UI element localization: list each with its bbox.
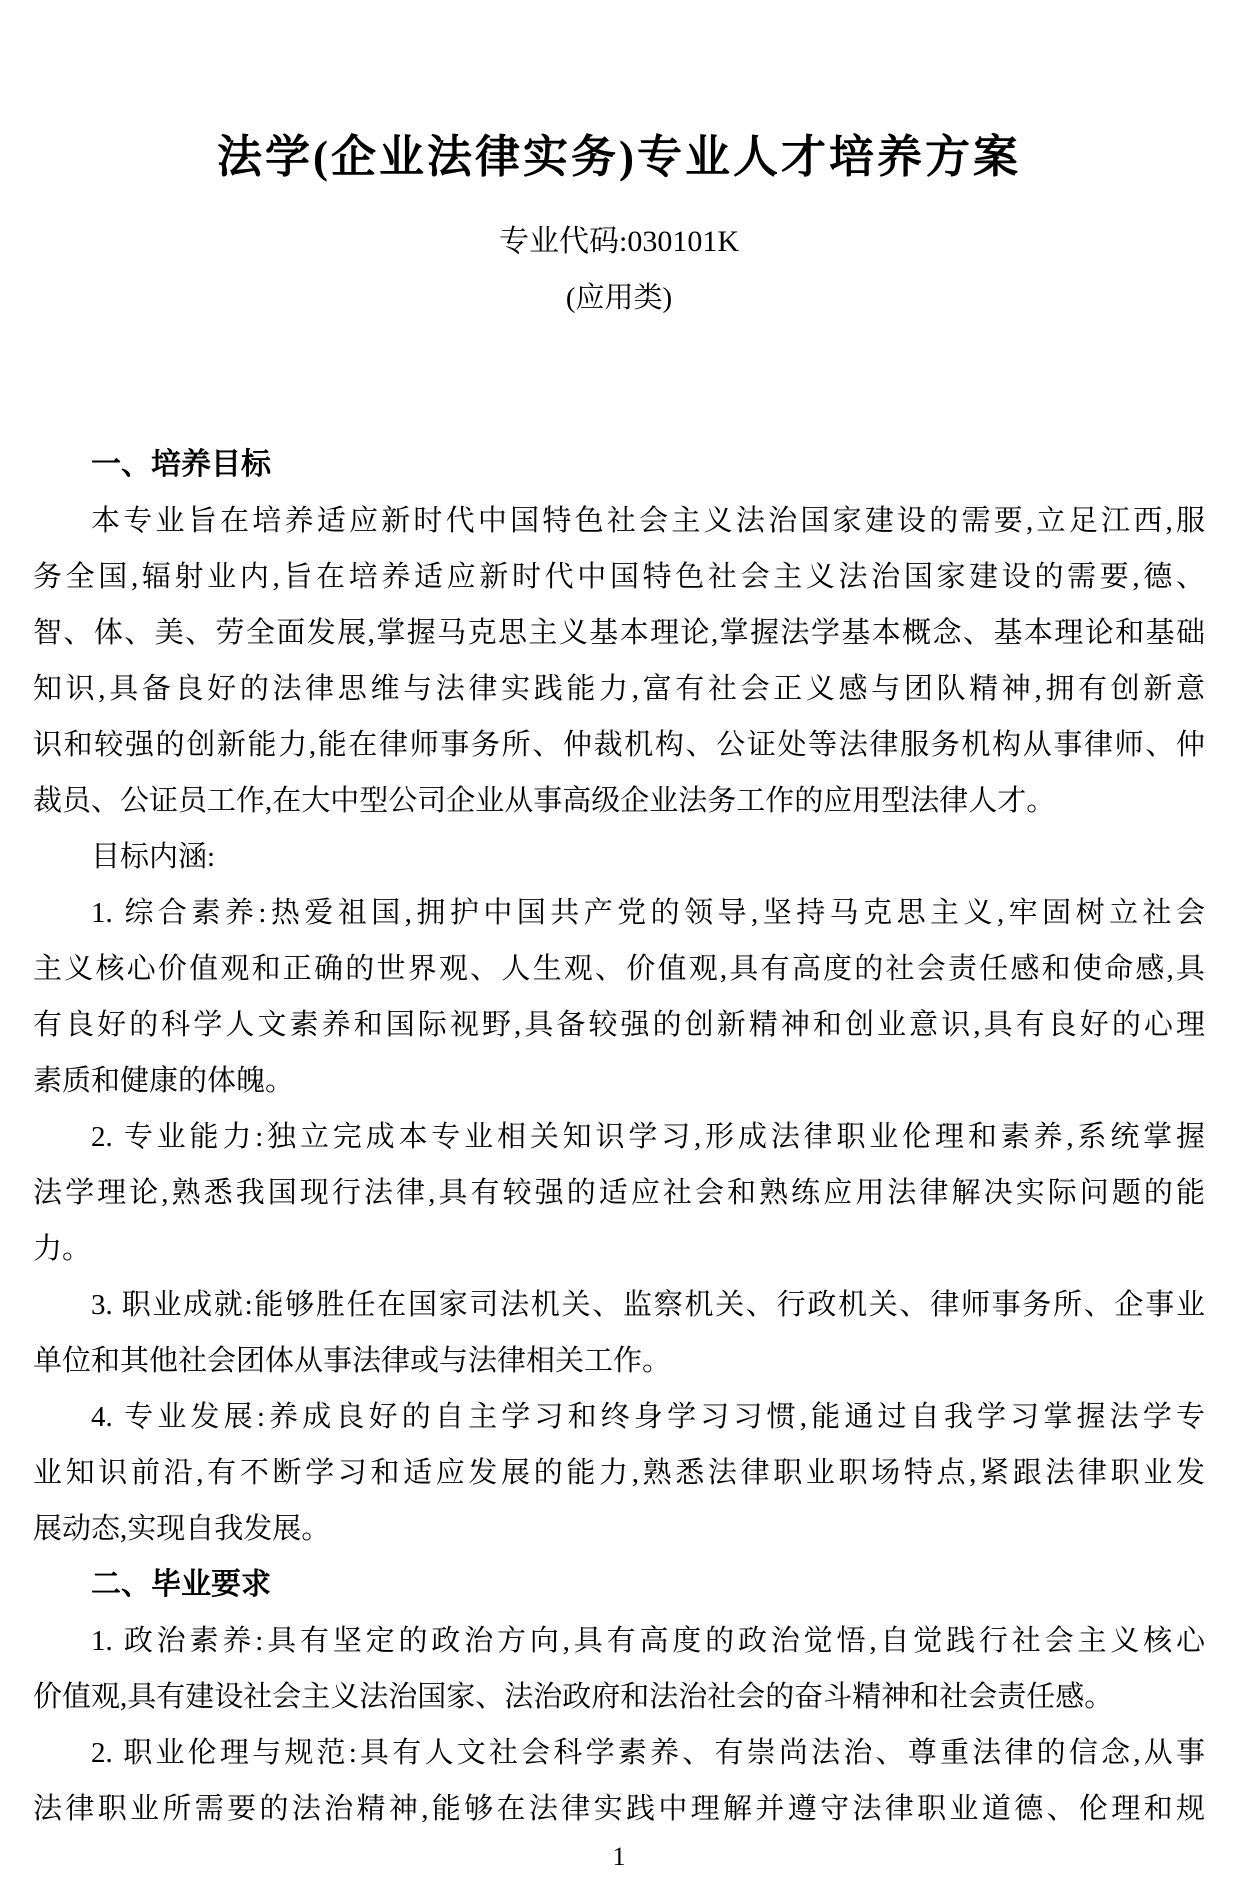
page-number: 1	[33, 1837, 1205, 1877]
paragraph-line: 3. 职业成就:能够胜任在国家司法机关、监察机关、行政机关、律师事务所、企事业	[33, 1277, 1205, 1333]
paragraph-line: 素质和健康的体魄。	[33, 1053, 1205, 1109]
document-content: 法学(企业法律实务)专业人才培养方案 专业代码:030101K (应用类) 一、…	[33, 0, 1205, 1877]
paragraph-line: 本专业旨在培养适应新时代中国特色社会主义法治国家建设的需要,立足江西,服	[33, 493, 1205, 549]
paragraph-line: 2. 职业伦理与规范:具有人文社会科学素养、有崇尚法治、尊重法律的信念,从事	[33, 1725, 1205, 1781]
document-page: 法学(企业法律实务)专业人才培养方案 专业代码:030101K (应用类) 一、…	[0, 0, 1238, 1885]
front-matter-spacer	[33, 326, 1205, 437]
paragraph-line: 单位和其他社会团体从事法律或与法律相关工作。	[33, 1333, 1205, 1389]
paragraph-line: 力。	[33, 1221, 1205, 1277]
paragraph-line: 业知识前沿,有不断学习和适应发展的能力,熟悉法律职业职场特点,紧跟法律职业发	[33, 1445, 1205, 1501]
category-line: (应用类)	[33, 270, 1205, 326]
paragraph-line: 价值观,具有建设社会主义法治国家、法治政府和法治社会的奋斗精神和社会责任感。	[33, 1669, 1205, 1725]
paragraph-line: 裁员、公证员工作,在大中型公司企业从事高级企业法务工作的应用型法律人才。	[33, 773, 1205, 829]
section-heading: 一、培养目标	[33, 437, 1205, 493]
paragraph-line: 法律职业所需要的法治精神,能够在法律实践中理解并遵守法律职业道德、伦理和规	[33, 1781, 1205, 1837]
document-title: 法学(企业法律实务)专业人才培养方案	[33, 112, 1205, 202]
paragraph-line: 识和较强的创新能力,能在律师事务所、仲裁机构、公证处等法律服务机构从事律师、仲	[33, 717, 1205, 773]
paragraph-line: 1. 综合素养:热爱祖国,拥护中国共产党的领导,坚持马克思主义,牢固树立社会	[33, 885, 1205, 941]
paragraph-line: 2. 专业能力:独立完成本专业相关知识学习,形成法律职业伦理和素养,系统掌握	[33, 1109, 1205, 1165]
paragraph-line: 目标内涵:	[33, 829, 1205, 885]
paragraph-line: 务全国,辐射业内,旨在培养适应新时代中国特色社会主义法治国家建设的需要,德、	[33, 549, 1205, 605]
section-heading: 二、毕业要求	[33, 1557, 1205, 1613]
document-body: 一、培养目标本专业旨在培养适应新时代中国特色社会主义法治国家建设的需要,立足江西…	[33, 437, 1205, 1837]
paragraph-line: 有良好的科学人文素养和国际视野,具备较强的创新精神和创业意识,具有良好的心理	[33, 997, 1205, 1053]
paragraph-line: 主义核心价值观和正确的世界观、人生观、价值观,具有高度的社会责任感和使命感,具	[33, 941, 1205, 997]
paragraph-line: 法学理论,熟悉我国现行法律,具有较强的适应社会和熟练应用法律解决实际问题的能	[33, 1165, 1205, 1221]
paragraph-line: 知识,具备良好的法律思维与法律实践能力,富有社会正义感与团队精神,拥有创新意	[33, 661, 1205, 717]
major-code-line: 专业代码:030101K	[33, 214, 1205, 270]
paragraph-line: 1. 政治素养:具有坚定的政治方向,具有高度的政治觉悟,自觉践行社会主义核心	[33, 1613, 1205, 1669]
paragraph-line: 4. 专业发展:养成良好的自主学习和终身学习习惯,能通过自我学习掌握法学专	[33, 1389, 1205, 1445]
paragraph-line: 展动态,实现自我发展。	[33, 1501, 1205, 1557]
paragraph-line: 智、体、美、劳全面发展,掌握马克思主义基本理论,掌握法学基本概念、基本理论和基础	[33, 605, 1205, 661]
